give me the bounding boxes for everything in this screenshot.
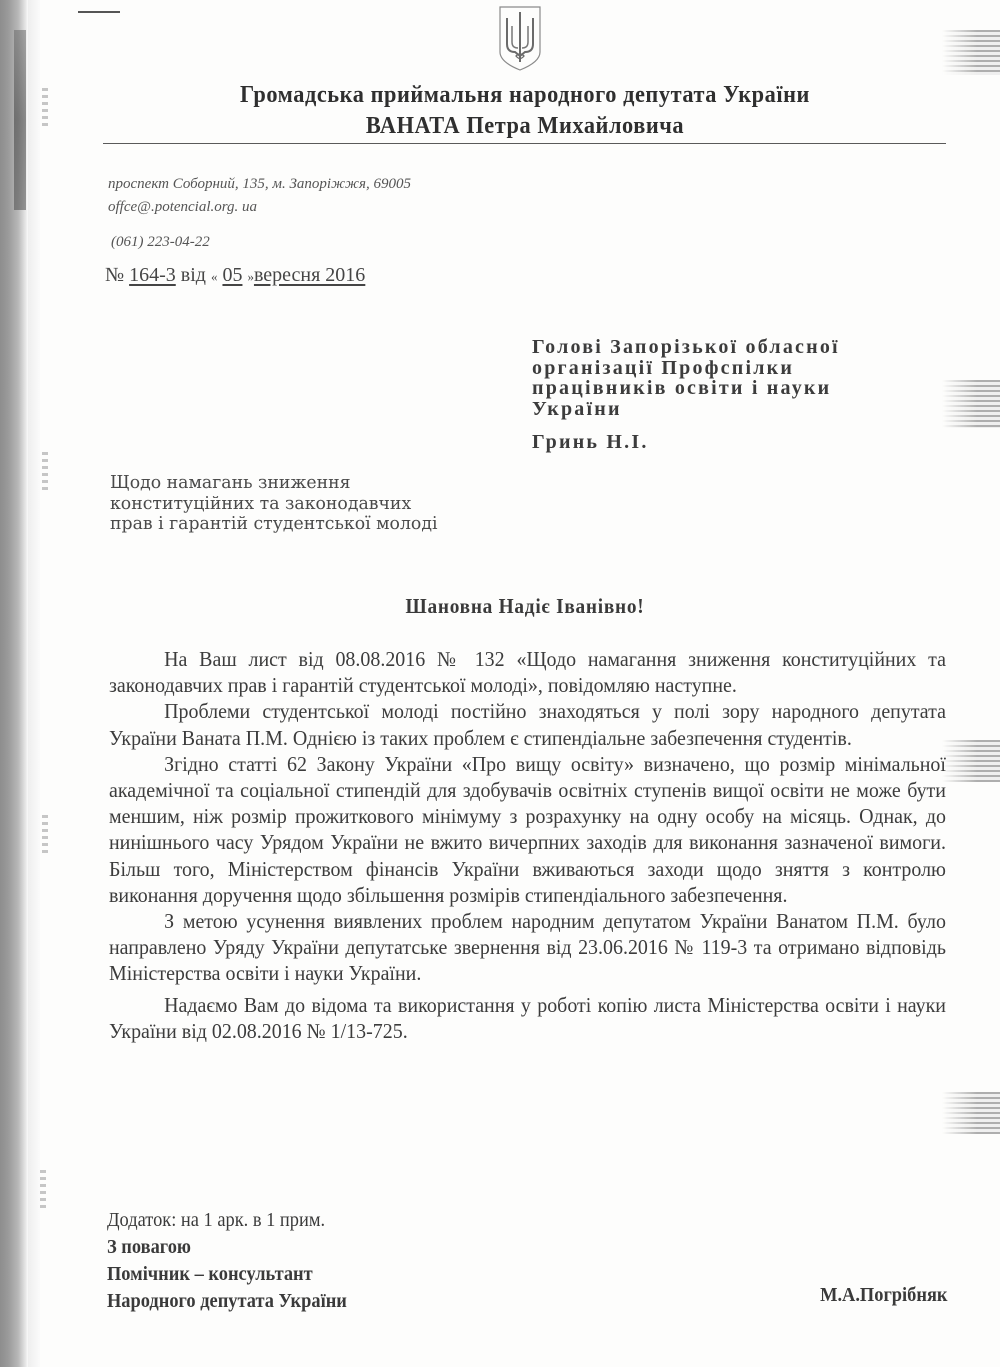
- scan-speckle: [42, 452, 48, 492]
- contact-email: offce@.potencial.org. ua: [108, 199, 257, 216]
- reference-number: 164-3: [129, 264, 176, 286]
- tryzub-coat-of-arms-icon: [497, 4, 543, 72]
- body-paragraph: Надаємо Вам до відома та використання у …: [109, 992, 946, 1044]
- regards: З повагою: [107, 1234, 347, 1261]
- contact-address: проспект Соборний, 135, м. Запоріжжя, 69…: [108, 176, 411, 193]
- reference-day: 05: [222, 264, 242, 286]
- body-paragraph: Проблеми студентської молоді постійно зн…: [109, 698, 946, 750]
- scanned-letter-page: Громадська приймальня народного депутата…: [0, 0, 1000, 1367]
- addressee-position: Голові Запорізької обласної організації …: [532, 337, 840, 419]
- addressee-name: Гринь Н.І.: [532, 431, 649, 454]
- outgoing-reference: № 164-3 від « 05 »вересня 2016: [105, 264, 365, 287]
- scan-speckle: [40, 1170, 46, 1212]
- salutation: Шановна Надіє Іванівно!: [134, 594, 916, 619]
- signer-name: М.А.Погрібняк: [821, 1284, 948, 1307]
- scan-bleed: [942, 30, 1000, 75]
- reference-month-year: вересня 2016: [254, 264, 365, 286]
- scan-speckle: [42, 88, 48, 128]
- scan-bleed: [942, 380, 1000, 428]
- letterhead-divider: [103, 143, 946, 144]
- contact-phone: (061) 223-04-22: [111, 234, 210, 251]
- letter-closing: Додаток: на 1 арк. в 1 прим. З повагою П…: [107, 1207, 347, 1315]
- quote-open: «: [211, 269, 218, 284]
- from-label: від: [181, 264, 206, 286]
- signer-title-org: Народного депутата України: [107, 1288, 347, 1315]
- scan-margin: [28, 0, 40, 1367]
- letter-body: На Ваш лист від 08.08.2016 № 132 «Щодо н…: [109, 646, 946, 1044]
- scan-bleed: [942, 1092, 1000, 1134]
- scan-shadow-artifact: [14, 30, 26, 210]
- signer-title: Помічник – консультант: [107, 1261, 347, 1288]
- scan-speckle: [42, 815, 48, 855]
- body-paragraph: Згідно статті 62 Закону України «Про вищ…: [109, 751, 946, 908]
- scan-bleed: [942, 740, 1000, 782]
- body-paragraph: З метою усунення виявлених проблем народ…: [109, 908, 946, 987]
- letterhead-title: Громадська приймальня народного депутата…: [130, 82, 921, 109]
- number-sign: №: [105, 264, 124, 286]
- body-paragraph: На Ваш лист від 08.08.2016 № 132 «Щодо н…: [109, 646, 946, 698]
- scan-mark: [78, 11, 120, 13]
- letterhead-deputy-name: ВАНАТА Петра Михайловича: [130, 113, 921, 140]
- attachment-note: Додаток: на 1 арк. в 1 прим.: [107, 1207, 347, 1234]
- letter-subject: Щодо намагань зниження конституційних та…: [110, 473, 438, 535]
